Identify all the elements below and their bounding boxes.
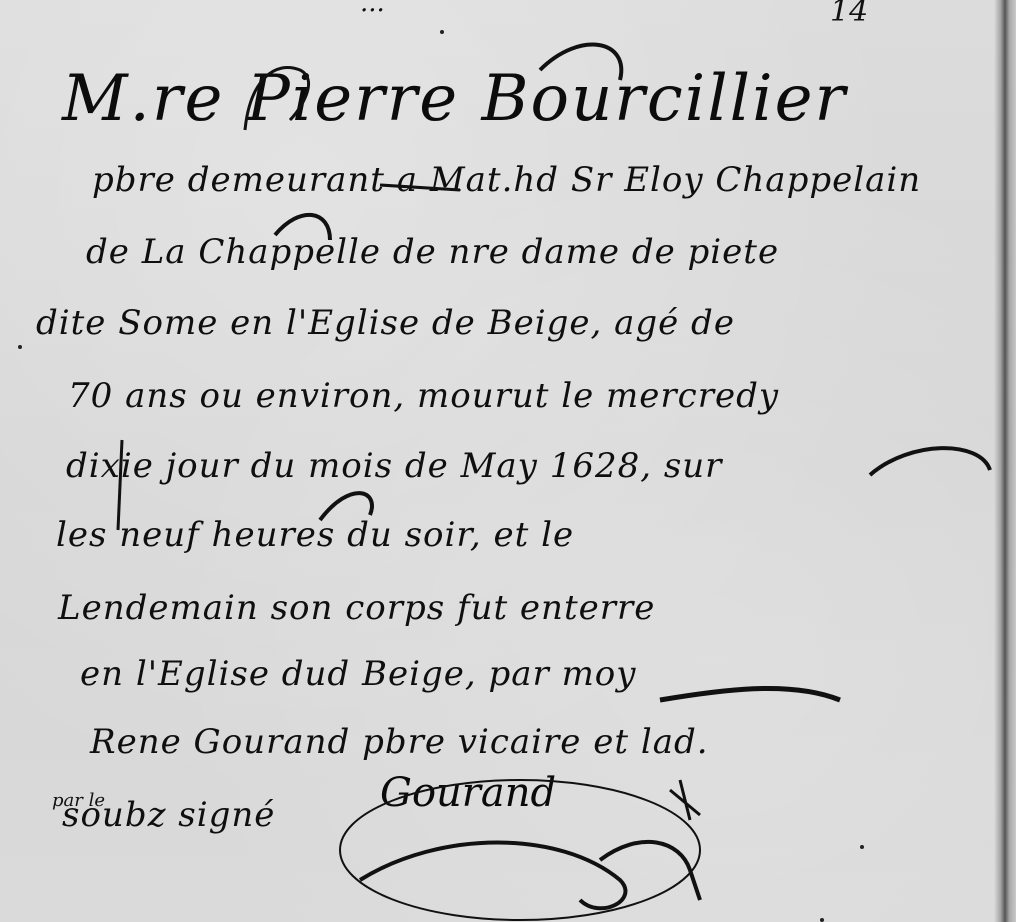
manuscript-page: ... 14 M.re Pierre Bourcillier pbre deme… [0, 0, 1016, 922]
paper-speck [860, 845, 864, 849]
decorative-flourishes [0, 0, 1016, 922]
paper-speck [820, 918, 824, 922]
paper-speck [18, 345, 22, 349]
paper-speck [440, 30, 444, 34]
binding-edge [994, 0, 1016, 922]
